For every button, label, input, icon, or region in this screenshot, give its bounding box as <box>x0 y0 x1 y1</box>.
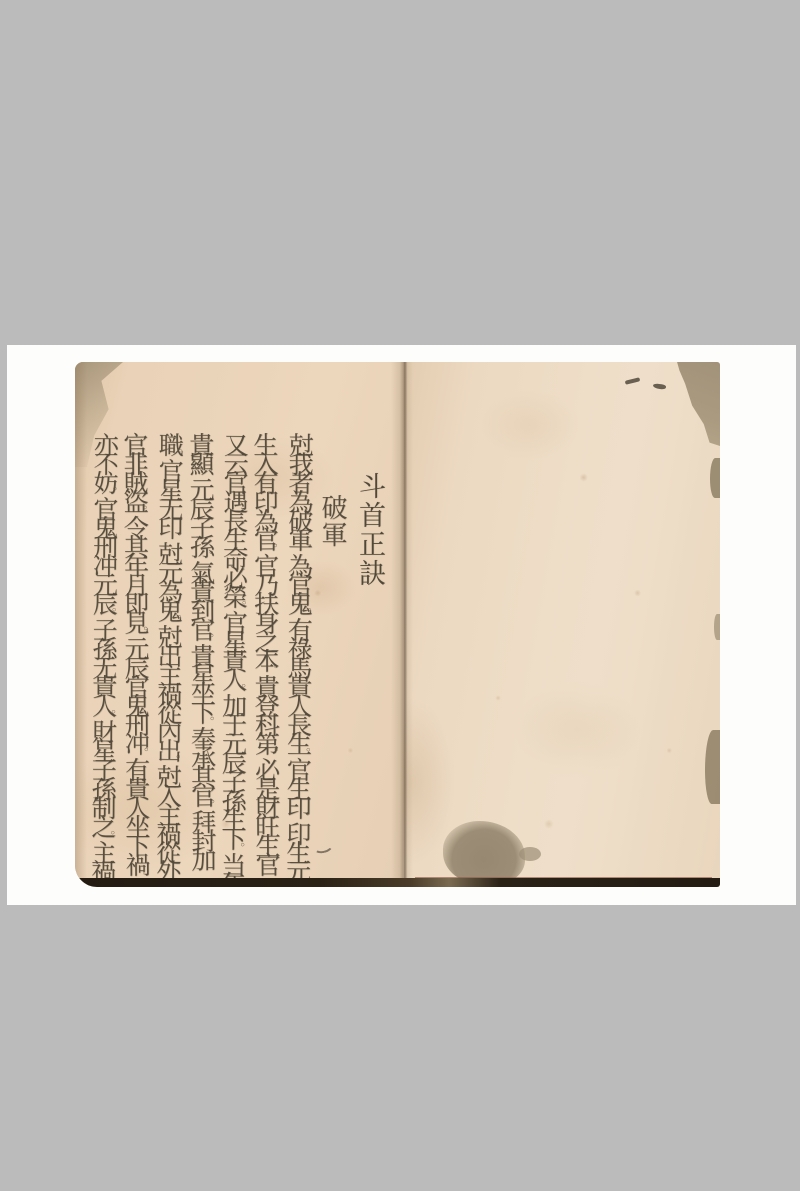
manuscript-spread: 斗首正訣 破軍 尅我者為破軍。為官鬼。有祿馬貴人長生。官生印。印生元 生入有印為… <box>75 362 720 887</box>
ink-squiggle-mark <box>312 838 334 855</box>
ink-smudge <box>625 377 641 385</box>
edge-damage-patch <box>714 614 720 640</box>
edge-damage-patch <box>705 730 720 804</box>
manuscript-title: 斗首正訣 <box>350 472 389 588</box>
scan-sheet: 斗首正訣 破軍 尅我者為破軍。為官鬼。有祿馬貴人長生。官生印。印生元 生入有印為… <box>7 345 796 905</box>
water-stain <box>443 821 525 885</box>
text-column-7: 亦不妨。官鬼刑冲元辰。子孫无貴人。財星子孫制之。主禍 <box>84 432 123 882</box>
edge-damage-patch <box>710 458 720 498</box>
text-column-4: 貴顯。元辰子孫。氣貴到官。貴星坐下。奉承其官。拜封加 <box>182 432 220 882</box>
ink-smudge <box>653 383 667 390</box>
manuscript-left-page: 斗首正訣 破軍 尅我者為破軍。為官鬼。有祿馬貴人長生。官生印。印生元 生入有印為… <box>75 362 403 887</box>
scan-bottom-dark-edge <box>75 878 720 887</box>
text-column-5: 職。官星无印。尅元為鬼。尅出主禍從內出。尅入主禍從外入。 <box>149 432 188 882</box>
manuscript-section-heading: 破軍 <box>314 494 351 548</box>
manuscript-right-page <box>403 362 720 887</box>
text-column-1: 尅我者為破軍。為官鬼。有祿馬貴人長生。官生印。印生元 <box>279 432 318 882</box>
torn-corner-top-right <box>662 362 720 446</box>
screenshot-root: { "document": { "kind": "scanned-manuscr… <box>0 0 800 1191</box>
